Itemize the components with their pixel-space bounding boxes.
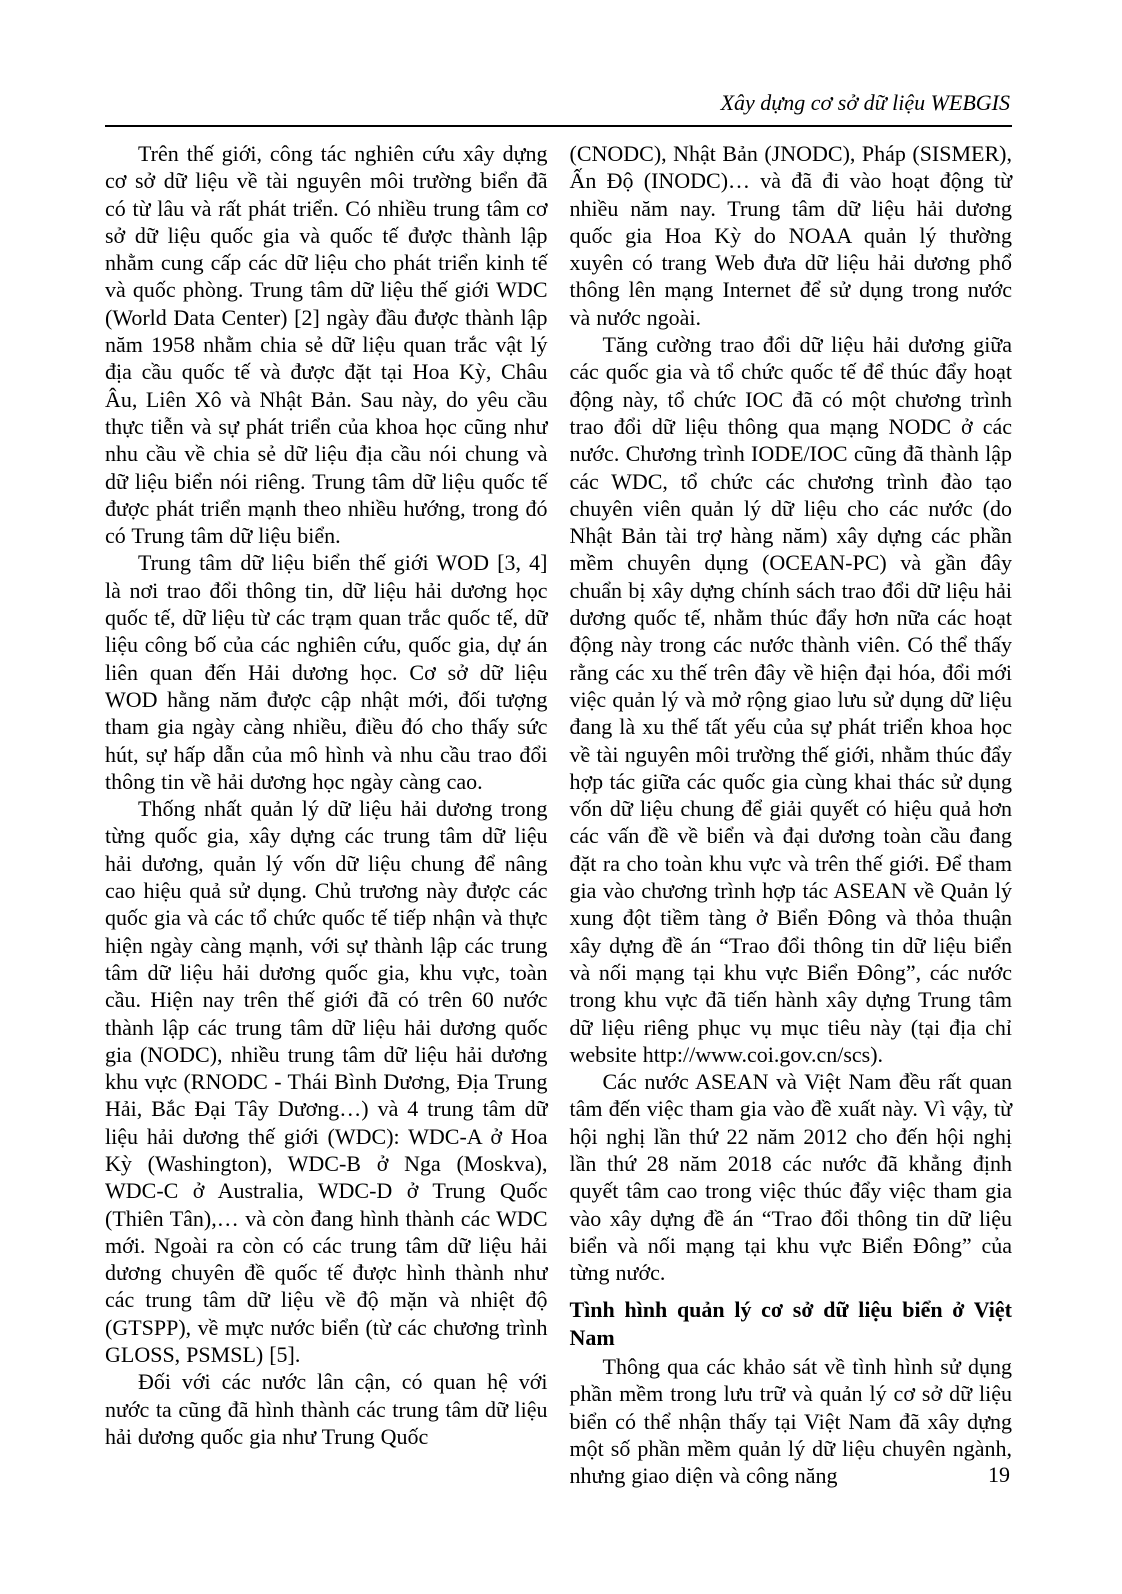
paragraph: Thống nhất quản lý dữ liệu hải dương tro… bbox=[105, 795, 548, 1368]
paragraph-continuation: (CNODC), Nhật Bản (JNODC), Pháp (SISMER)… bbox=[570, 140, 1013, 331]
header-rule bbox=[105, 125, 1012, 127]
document-page: Xây dựng cơ sở dữ liệu WEBGIS Trên thế g… bbox=[0, 0, 1122, 1594]
two-column-body: Trên thế giới, công tác nghiên cứu xây d… bbox=[105, 140, 1012, 1490]
column-right: (CNODC), Nhật Bản (JNODC), Pháp (SISMER)… bbox=[570, 140, 1013, 1490]
running-header: Xây dựng cơ sở dữ liệu WEBGIS bbox=[105, 90, 1010, 116]
section-heading: Tình hình quản lý cơ sở dữ liệu biển ở V… bbox=[570, 1296, 1013, 1351]
column-left: Trên thế giới, công tác nghiên cứu xây d… bbox=[105, 140, 548, 1490]
running-header-title: Xây dựng cơ sở dữ liệu WEBGIS bbox=[721, 90, 1010, 115]
paragraph: Đối với các nước lân cận, có quan hệ với… bbox=[105, 1368, 548, 1450]
paragraph: Thông qua các khảo sát về tình hình sử d… bbox=[570, 1353, 1013, 1489]
paragraph: Các nước ASEAN và Việt Nam đều rất quan … bbox=[570, 1068, 1013, 1286]
paragraph: Tăng cường trao đổi dữ liệu hải dương gi… bbox=[570, 331, 1013, 1068]
paragraph: Trung tâm dữ liệu biển thế giới WOD [3, … bbox=[105, 549, 548, 795]
paragraph: Trên thế giới, công tác nghiên cứu xây d… bbox=[105, 140, 548, 549]
page-number: 19 bbox=[988, 1462, 1010, 1488]
